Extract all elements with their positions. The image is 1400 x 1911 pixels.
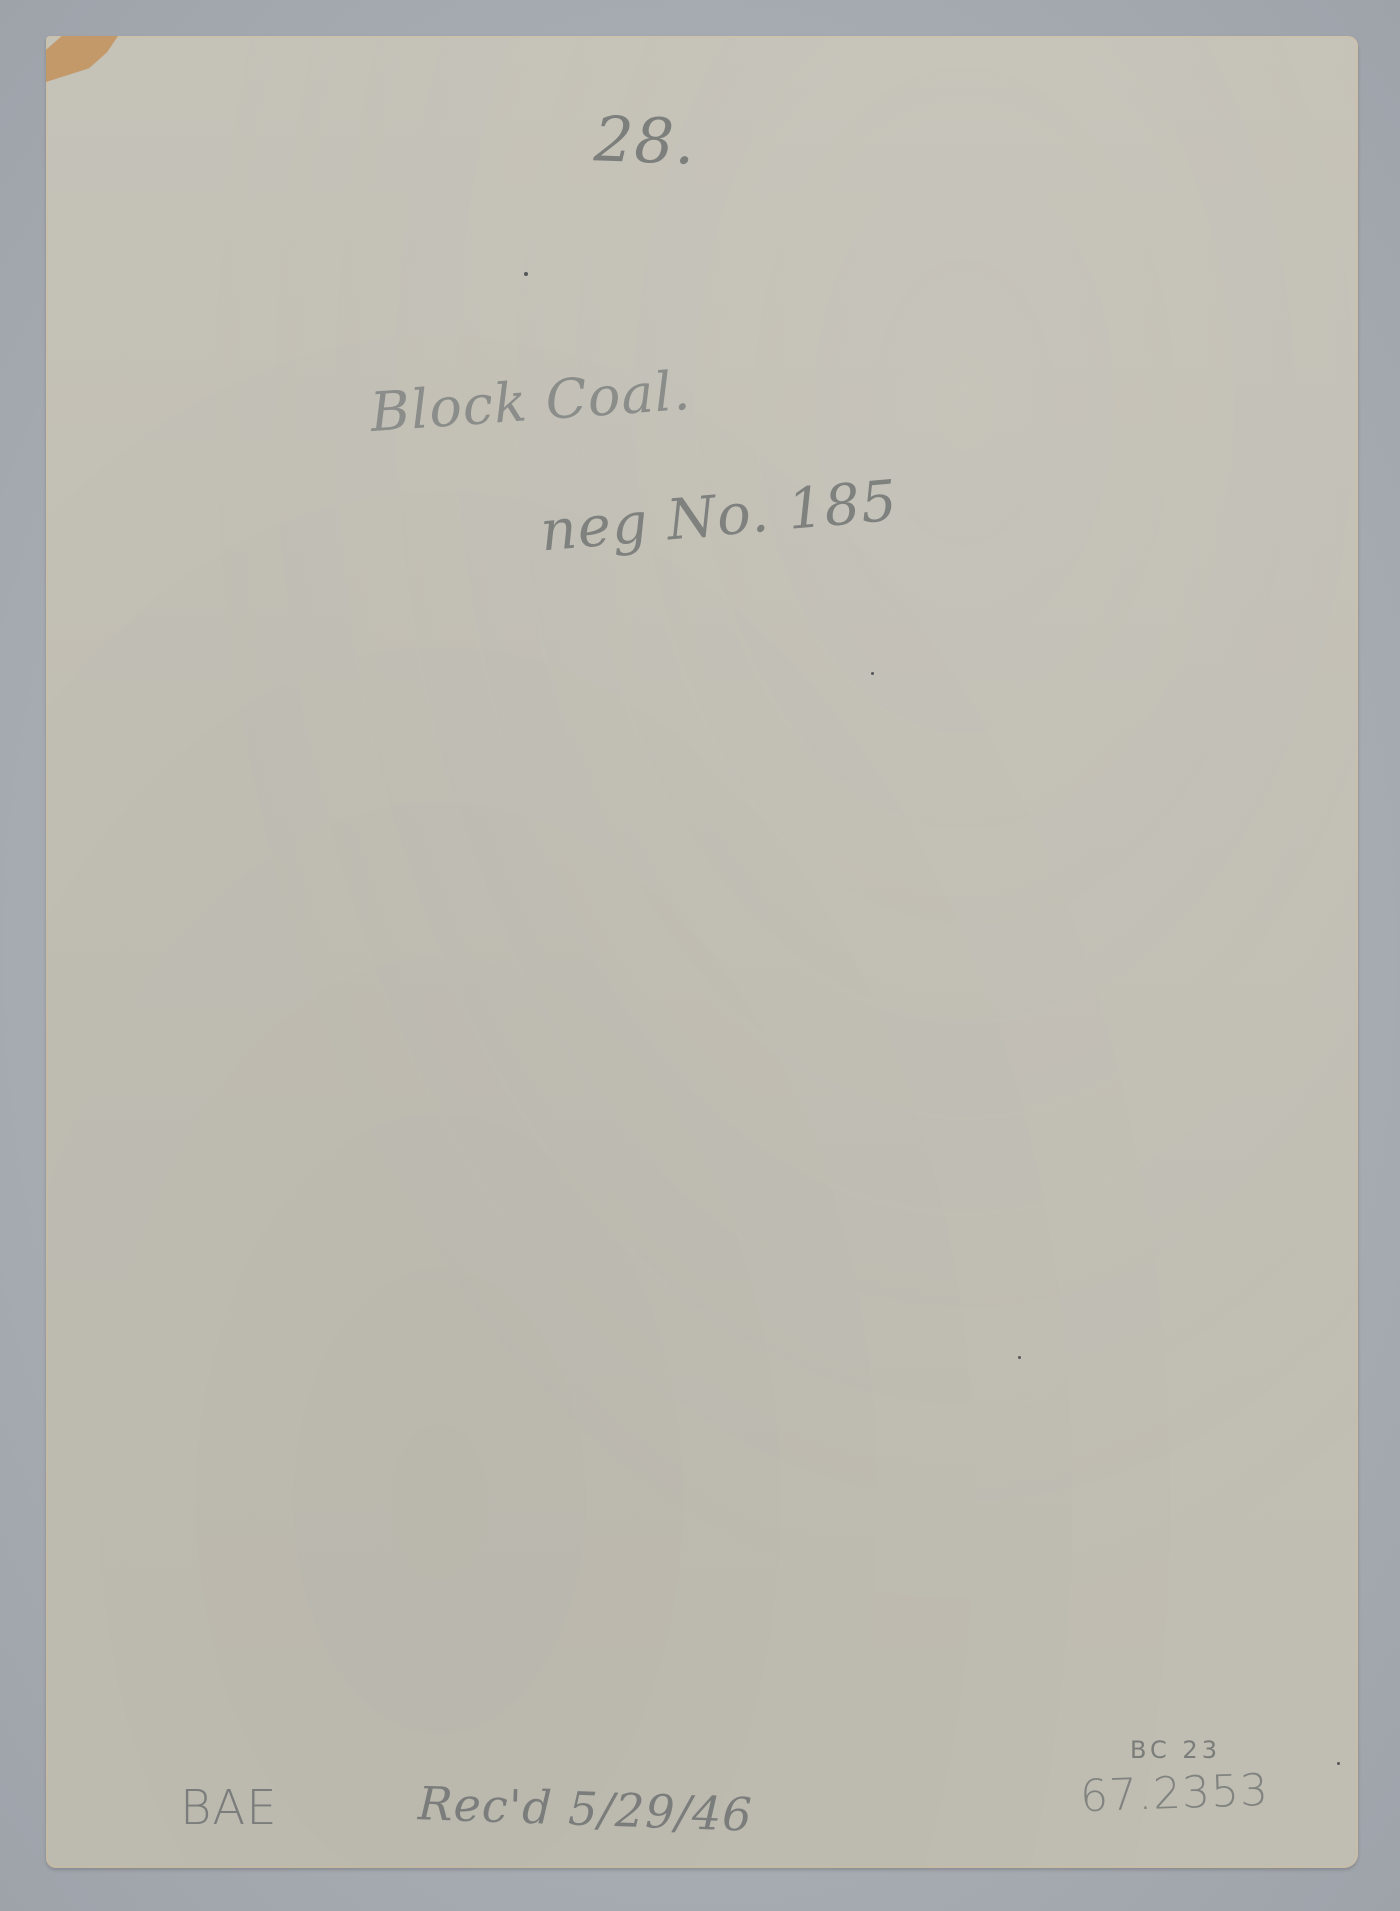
collection-code-annotation: BC 23 <box>1130 1736 1221 1764</box>
institution-annotation: BAE <box>180 1780 278 1836</box>
paper-speck <box>524 272 528 276</box>
photo-mount-card <box>46 36 1358 1868</box>
catalog-number-annotation: 67.2353 <box>1079 1765 1270 1823</box>
paper-speck <box>871 672 874 675</box>
paper-speck <box>1018 1356 1021 1359</box>
paper-speck <box>1337 1762 1340 1765</box>
torn-corner <box>46 36 118 82</box>
page-number-annotation: 28. <box>593 102 697 179</box>
